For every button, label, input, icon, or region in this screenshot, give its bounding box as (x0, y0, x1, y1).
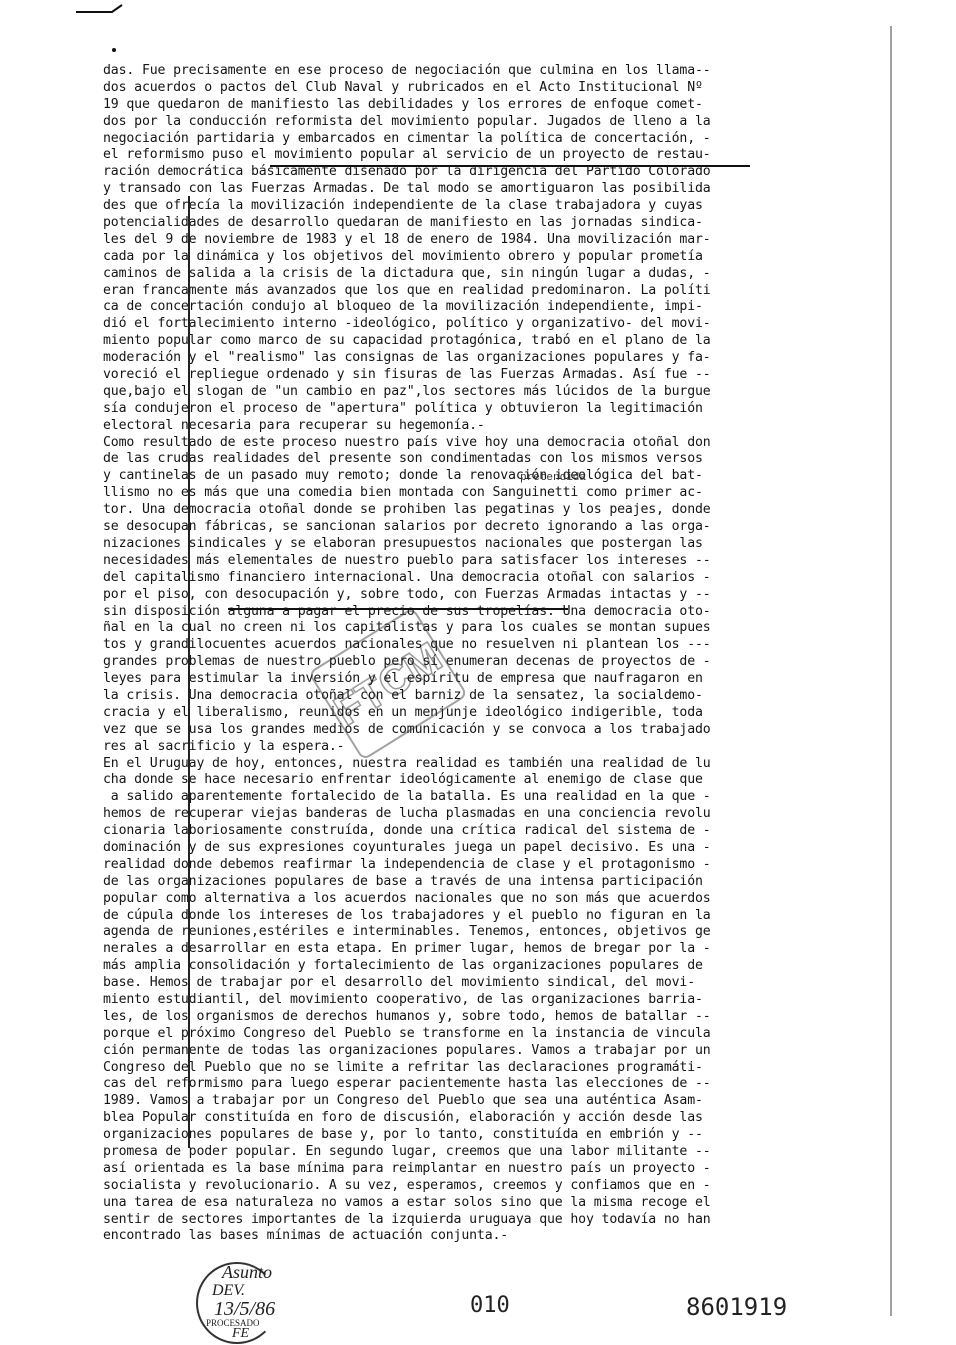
text-line: así orientada es la base mínima para rei… (103, 1161, 863, 1178)
text-line: blea Popular constituída en foro de disc… (103, 1110, 863, 1127)
text-line: tor. Una democracia otoñal donde se proh… (103, 502, 863, 519)
text-line: necesidades más elementales de nuestro p… (103, 553, 863, 570)
text-line: res al sacrificio y la espera.- (103, 739, 863, 756)
text-line: de las crudas realidades del presente so… (103, 451, 863, 468)
text-line: nizaciones sindicales y se elaboran pres… (103, 536, 863, 553)
text-line: 19 que quedaron de manifiesto las debili… (103, 97, 863, 114)
text-line: a salido aparentemente fortalecido de la… (103, 789, 863, 806)
text-line: das. Fue precisamente en ese proceso de … (103, 63, 863, 80)
text-line: potencialidades de desarrollo quedaran d… (103, 215, 863, 232)
text-line: dió el fortalecimiento interno -ideológi… (103, 316, 863, 333)
strikethrough-line (270, 165, 750, 167)
text-line: ración democrática básicamente diseñado … (103, 164, 863, 181)
text-line: cas del reformismo para luego esperar pa… (103, 1076, 863, 1093)
text-line: popular como alternativa a los acuerdos … (103, 891, 863, 908)
ink-speck (112, 48, 116, 52)
text-line: más amplia consolidación y fortalecimien… (103, 958, 863, 975)
text-line: eran francamente más avanzados que los q… (103, 283, 863, 300)
scanned-document-page: das. Fue precisamente en ese proceso de … (0, 0, 956, 1345)
text-line: sentir de sectores importantes de la izq… (103, 1212, 863, 1229)
stamp-asunto: Asunto (222, 1262, 272, 1283)
right-margin-line (890, 26, 892, 1316)
document-number: 8601919 (686, 1293, 787, 1321)
text-line: sin disposición alguna a pagar el precio… (103, 604, 863, 621)
text-line: vez que se usa los grandes medios de com… (103, 722, 863, 739)
text-line: llismo no es más que una comedia bien mo… (103, 485, 863, 502)
text-line: realidad donde debemos reafirmar la inde… (103, 857, 863, 874)
text-line: se desocupan fábricas, se sancionan sala… (103, 519, 863, 536)
text-line: sía condujeron el proceso de "apertura" … (103, 401, 863, 418)
text-line: cionaria laboriosamente construída, dond… (103, 823, 863, 840)
text-line: En el Uruguay de hoy, entonces, nuestra … (103, 756, 863, 773)
text-line: les, de los organismos de derechos human… (103, 1009, 863, 1026)
text-line: 1989. Vamos a trabajar por un Congreso d… (103, 1093, 863, 1110)
text-line: grandes problemas de nuestro pueblo pero… (103, 654, 863, 671)
text-line: moderación y el "realismo" las consignas… (103, 350, 863, 367)
text-line: cracia y el liberalismo, reunidos en un … (103, 705, 863, 722)
text-line: cada por la dinámica y los objetivos del… (103, 249, 863, 266)
strikethrough-line (228, 608, 568, 610)
text-line: cha donde se hace necesario enfrentar id… (103, 772, 863, 789)
text-line: agenda de reuniones,estériles e intermin… (103, 924, 863, 941)
text-line: les del 9 de noviembre de 1983 y el 18 d… (103, 232, 863, 249)
text-line: miento estudiantil, del movimiento coope… (103, 992, 863, 1009)
text-line: Como resultado de este proceso nuestro p… (103, 435, 863, 452)
handwritten-insert: pretendida (520, 472, 586, 484)
text-line: socialista y revolucionario. A su vez, e… (103, 1178, 863, 1195)
text-line: caminos de salida a la crisis de la dict… (103, 266, 863, 283)
text-line: dos acuerdos o pactos del Club Naval y r… (103, 80, 863, 97)
text-line: electoral necesaria para recuperar su he… (103, 418, 863, 435)
text-line: del capitalismo financiero internacional… (103, 570, 863, 587)
text-line: y transado con las Fuerzas Armadas. De t… (103, 181, 863, 198)
text-line: miento popular como marco de su capacida… (103, 333, 863, 350)
text-line: la crisis. Una democracia otoñal con el … (103, 688, 863, 705)
text-line: ca de concertación condujo al bloqueo de… (103, 299, 863, 316)
text-line: una tarea de esa naturaleza no vamos a e… (103, 1195, 863, 1212)
document-body-text: das. Fue precisamente en ese proceso de … (103, 63, 863, 1245)
text-line: de cúpula donde los intereses de los tra… (103, 908, 863, 925)
corner-ink-mark (74, 4, 124, 14)
text-line: leyes para estimular la inversión y el e… (103, 671, 863, 688)
text-line: ñal en la cual no creen ni los capitalis… (103, 620, 863, 637)
text-line: negociación partidaria y embarcados en c… (103, 131, 863, 148)
page-number: 010 (470, 1293, 510, 1318)
text-line: hemos de recuperar viejas banderas de lu… (103, 806, 863, 823)
text-line: dos por la conducción reformista del mov… (103, 114, 863, 131)
text-line: que,bajo el slogan de "un cambio en paz"… (103, 384, 863, 401)
text-line: y cantinelas de un pasado muy remoto; do… (103, 468, 863, 485)
text-line: encontrado las bases mínimas de actuació… (103, 1228, 863, 1245)
text-line: tos y grandilocuentes acuerdos nacionale… (103, 637, 863, 654)
stamp-initials: FE (232, 1326, 249, 1342)
text-line: organizaciones populares de base y, por … (103, 1127, 863, 1144)
vertical-margin-line (188, 196, 190, 1148)
text-line: ción permanente de todas las organizacio… (103, 1043, 863, 1060)
text-line: el reformismo puso el movimiento popular… (103, 147, 863, 164)
text-line: porque el próximo Congreso del Pueblo se… (103, 1026, 863, 1043)
text-line: voreció el repliegue ordenado y sin fisu… (103, 367, 863, 384)
text-line: nerales a desarrollar en esta etapa. En … (103, 941, 863, 958)
text-line: por el piso, con desocupación y, sobre t… (103, 587, 863, 604)
text-line: base. Hemos de trabajar por el desarroll… (103, 975, 863, 992)
text-line: des que ofrecía la movilización independ… (103, 198, 863, 215)
text-line: promesa de poder popular. En segundo lug… (103, 1144, 863, 1161)
text-line: dominación y de sus expresiones coyuntur… (103, 840, 863, 857)
text-line: Congreso del Pueblo que no se limite a r… (103, 1060, 863, 1077)
text-line: de las organizaciones populares de base … (103, 874, 863, 891)
